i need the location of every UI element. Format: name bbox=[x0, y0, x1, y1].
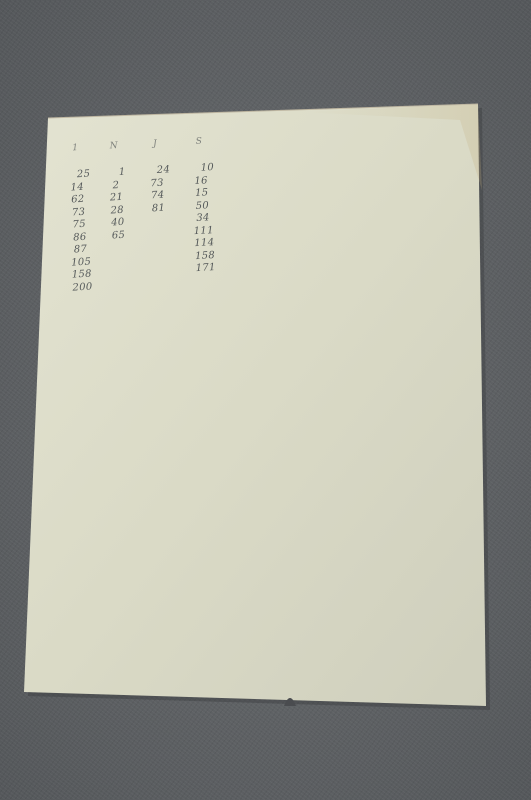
column-4-values: 10 16 15 50 34 111 114 158 171 bbox=[193, 162, 216, 274]
column-2-values: 1 2 21 28 40 65 bbox=[110, 167, 126, 241]
column-3-values: 24 73 74 81 bbox=[150, 164, 170, 213]
column-1-values: 25 14 62 73 75 86 87 105 158 200 bbox=[70, 169, 92, 294]
